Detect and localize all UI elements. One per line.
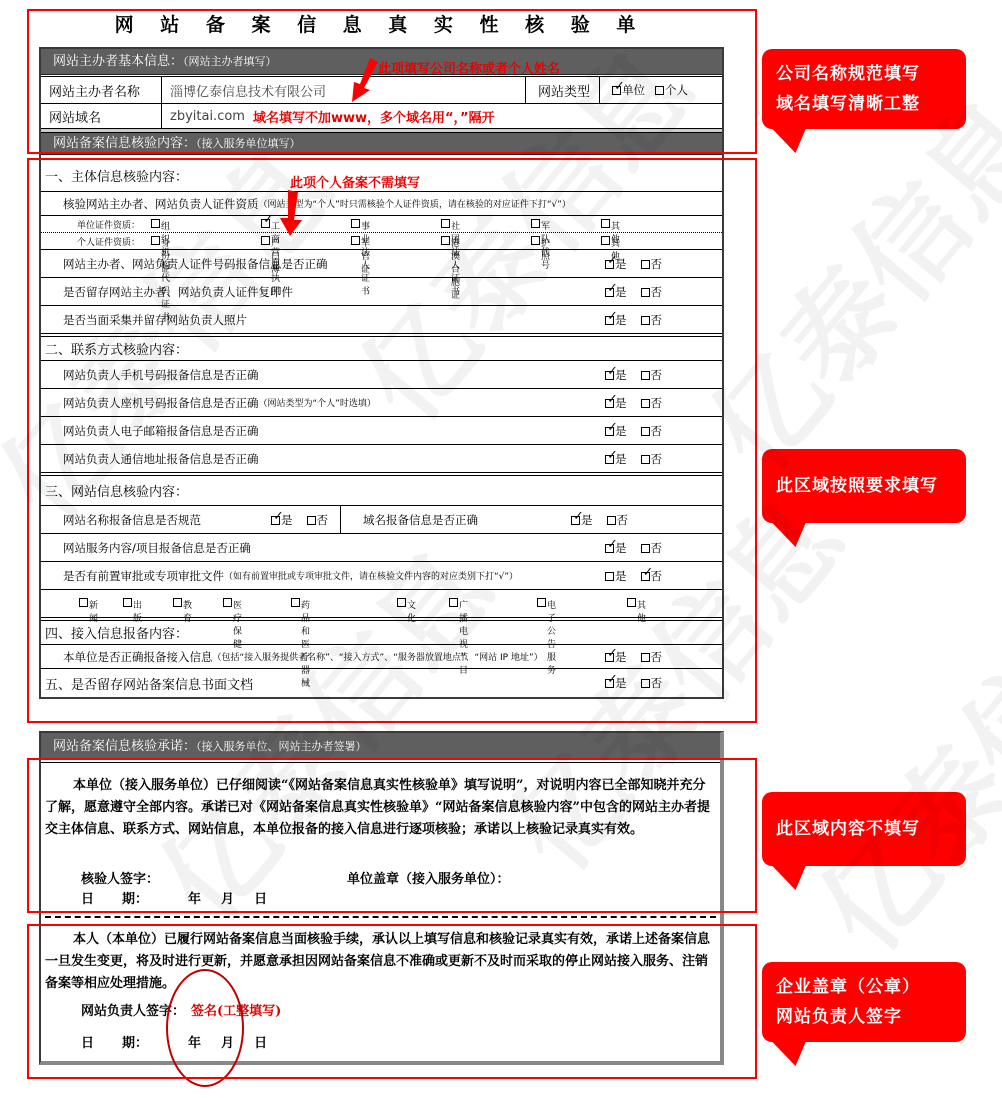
checklist-row: 网站服务内容/项目报备信息是否正确是否 — [41, 534, 722, 562]
verification-form: 网站主办者基本信息：（网站主办者填写） 网站主办者名称 淄博亿泰信息技术有限公司… — [39, 47, 724, 699]
checkbox-icon[interactable] — [605, 260, 614, 269]
site-type-label: 网站类型 — [526, 77, 600, 103]
domain-row: 网站域名 zbyitai.com 域名填写不加www，多个域名用“，”隔开 — [41, 104, 722, 129]
checkbox-option[interactable]: 出版 — [123, 598, 133, 609]
section-5-row: 五、是否留存网站备案信息书面文档 是 否 — [41, 669, 722, 697]
checkbox-icon[interactable] — [655, 86, 664, 95]
answer-group: 是否 — [605, 367, 662, 383]
checkbox-option[interactable]: 电子公告服务 — [537, 598, 547, 609]
checkbox-icon[interactable] — [223, 598, 232, 607]
checkbox-icon[interactable] — [605, 572, 614, 581]
answer-group: 是否 — [605, 540, 662, 556]
yes-option[interactable]: 是 — [605, 312, 627, 328]
section-3-title: 三、网站信息核验内容： — [41, 476, 722, 506]
checkbox-icon[interactable] — [351, 219, 360, 228]
checkbox-icon[interactable] — [307, 516, 316, 525]
commitment-header: 网站备案信息核验承诺：（接入服务单位、网站主办者签署） — [41, 733, 720, 760]
yes-option[interactable]: 是 — [605, 649, 627, 665]
callout-verify: 此区域按照要求填写 — [762, 449, 966, 523]
checklist-row: 网站负责人通信地址报备信息是否正确是否 — [41, 445, 722, 473]
checkbox-option[interactable]: 医疗保健 — [223, 598, 233, 609]
site-name-answer: 是 否 — [271, 512, 328, 528]
checkbox-icon[interactable] — [605, 653, 614, 662]
answer-group: 是否 — [605, 568, 662, 584]
yes-option[interactable]: 是 — [605, 451, 627, 467]
yes-option[interactable]: 是 — [605, 675, 627, 691]
checklist-row: 本单位是否正确报备接入信息（包括“接入服务提供者名称”、“接入方式”、“服务器放… — [41, 645, 722, 669]
site-name-domain-row: 网站名称报备信息是否规范 是 否 域名报备信息是否正确 是 否 — [41, 506, 722, 534]
checkbox-icon[interactable] — [627, 598, 636, 607]
checkbox-icon[interactable] — [441, 236, 450, 245]
yes-option[interactable]: 是 — [605, 423, 627, 439]
commitment-section: 网站备案信息核验承诺：（接入服务单位、网站主办者签署） 本单位（接入服务单位）已… — [39, 731, 724, 1065]
checkbox-icon[interactable] — [537, 598, 546, 607]
yes-option[interactable]: 是 — [605, 284, 627, 300]
domain-label: 网站域名 — [41, 104, 162, 128]
verifier-sign-label: 核验人签字： — [81, 869, 159, 891]
answer-group: 是否 — [605, 649, 662, 665]
checkbox-option[interactable]: 其他 — [601, 236, 611, 247]
checkbox-icon[interactable] — [641, 653, 650, 662]
section-4-title: 四、接入信息报备内容： — [41, 621, 722, 645]
unit-cert-row: 单位证件资质： 组织机构代码证书工商营业执照事业法人证书社团法人证书军队代号其他 — [41, 216, 722, 233]
checkbox-option[interactable]: 事业法人证书 — [351, 219, 361, 230]
checkbox-icon[interactable] — [641, 544, 650, 553]
yes-option[interactable]: 是 — [605, 568, 627, 584]
signature-circle-marker — [166, 969, 244, 1087]
checkbox-icon[interactable] — [641, 288, 650, 297]
no-option[interactable]: 否 — [307, 512, 329, 528]
checkbox-icon[interactable] — [605, 427, 614, 436]
yes-option[interactable]: 是 — [605, 395, 627, 411]
checkbox-option[interactable]: 户口簿 — [261, 236, 271, 247]
no-option[interactable]: 否 — [641, 568, 663, 584]
yes-option[interactable]: 是 — [605, 256, 627, 272]
checkbox-icon[interactable] — [449, 598, 458, 607]
no-option[interactable]: 否 — [641, 312, 663, 328]
checkbox-icon[interactable] — [151, 219, 160, 228]
checkbox-option[interactable]: 文化 — [397, 598, 407, 609]
cut-line-divider — [45, 916, 716, 918]
site-type-options: 单位 个人 — [600, 77, 688, 103]
answer-group: 是否 — [605, 395, 662, 411]
checkbox-icon[interactable] — [123, 598, 132, 607]
checkbox-option[interactable]: 身份证 — [151, 236, 161, 247]
approval-categories-row: 新闻出版教育医疗保健药品和医疗器械文化广播电视节目电子公告服务其他 — [41, 590, 722, 618]
checkbox-icon[interactable] — [531, 236, 540, 245]
checkbox-icon[interactable] — [641, 427, 650, 436]
domain-answer: 是 否 — [571, 512, 628, 528]
checklist-row: 是否有前置审批或专项审批文件（如有前置审批或专项审批文件，请在核验文件内容的对应… — [41, 562, 722, 590]
type-option-unit[interactable]: 单位 — [612, 82, 645, 98]
checkbox-checked-icon[interactable] — [612, 86, 621, 95]
checkbox-icon[interactable] — [79, 598, 88, 607]
checkbox-icon[interactable] — [291, 598, 300, 607]
checkbox-checked-icon[interactable] — [571, 516, 580, 525]
owner-row: 网站主办者名称 淄博亿泰信息技术有限公司 网站类型 单位 个人 — [41, 77, 722, 104]
domain-hint: 域名填写不加www，多个域名用“，”隔开 — [253, 107, 495, 126]
yes-option[interactable]: 是 — [605, 367, 627, 383]
no-option[interactable]: 否 — [641, 284, 663, 300]
checkbox-option[interactable]: 新闻 — [79, 598, 89, 609]
checkbox-icon[interactable] — [605, 544, 614, 553]
checkbox-icon[interactable] — [151, 236, 160, 245]
no-option[interactable]: 否 — [641, 395, 663, 411]
watermark: 亿泰信息 — [778, 540, 1002, 979]
yes-option[interactable]: 是 — [605, 540, 627, 556]
checkbox-option[interactable]: 药品和医疗器械 — [291, 598, 301, 609]
personal-skip-hint: 此项个人备案不需填写 — [290, 172, 420, 191]
section-2-title: 二、联系方式核验内容： — [41, 337, 722, 361]
checkbox-icon[interactable] — [173, 598, 182, 607]
checkbox-icon[interactable] — [641, 572, 650, 581]
owner-field[interactable]: 淄博亿泰信息技术有限公司 — [162, 77, 526, 103]
checkbox-icon[interactable] — [641, 679, 650, 688]
no-option[interactable]: 否 — [607, 512, 629, 528]
checkbox-option[interactable]: 军官证 — [351, 236, 361, 247]
checkbox-option[interactable]: 军队代号 — [531, 219, 541, 230]
answer-group: 是否 — [605, 256, 662, 272]
checkbox-icon[interactable] — [641, 399, 650, 408]
checkbox-icon[interactable] — [261, 236, 270, 245]
callout-basic: 公司名称规范填写域名填写清晰工整 — [762, 49, 966, 129]
no-option[interactable]: 否 — [641, 675, 663, 691]
checkbox-icon[interactable] — [261, 219, 270, 228]
no-option[interactable]: 否 — [641, 540, 663, 556]
commitment-paragraph-2: 本人（本单位）已履行网站备案信息当面核验手续，承认以上填写信息和核验记录真实有效… — [45, 929, 718, 995]
callout-signature: 企业盖章（公章）网站负责人签字 — [762, 962, 966, 1042]
type-option-personal[interactable]: 个人 — [655, 82, 688, 98]
no-option[interactable]: 否 — [641, 367, 663, 383]
checklist-row: 网站负责人手机号码报备信息是否正确是否 — [41, 361, 722, 389]
no-option[interactable]: 否 — [641, 423, 663, 439]
section-5-answer: 是 否 — [605, 675, 662, 691]
checkbox-icon[interactable] — [605, 288, 614, 297]
document-title: 网 站 备 案 信 息 真 实 性 核 验 单 — [40, 10, 720, 37]
owner-label: 网站主办者名称 — [41, 77, 162, 103]
checkbox-option[interactable]: 其他 — [627, 598, 637, 609]
checkbox-icon[interactable] — [441, 219, 450, 228]
checkbox-icon[interactable] — [641, 455, 650, 464]
checkbox-option[interactable]: 港澳台胞证 — [441, 236, 451, 247]
checkbox-icon[interactable] — [601, 219, 610, 228]
no-option[interactable]: 否 — [641, 256, 663, 272]
answer-group: 是否 — [605, 284, 662, 300]
checkbox-icon[interactable] — [605, 455, 614, 464]
no-option[interactable]: 否 — [641, 649, 663, 665]
checkbox-option[interactable]: 社团法人证书 — [441, 219, 451, 230]
checkbox-icon[interactable] — [605, 399, 614, 408]
personal-cert-row: 个人证件资质： 身份证户口簿军官证港澳台胞证护照其他 — [41, 233, 722, 250]
no-option[interactable]: 否 — [641, 451, 663, 467]
domain-item: 域名报备信息是否正确 是 否 — [341, 506, 722, 533]
checklist-row: 网站主办者、网站负责人证件号码报备信息是否正确是否 — [41, 250, 722, 278]
checkbox-icon[interactable] — [601, 236, 610, 245]
commitment-paragraph-1: 本单位（接入服务单位）已仔细阅读“《网站备案信息真实性核验单》填写说明”，对说明… — [41, 763, 720, 841]
site-name-item: 网站名称报备信息是否规范 是 否 — [41, 506, 341, 533]
yes-option[interactable]: 是 — [571, 512, 593, 528]
arrow-down-icon — [278, 190, 304, 238]
verifier-date: 日期：年月日 — [81, 889, 341, 911]
checkbox-option[interactable]: 护照 — [531, 236, 541, 247]
checkbox-option[interactable]: 教育 — [173, 598, 183, 609]
checklist-row: 是否当面采集并留存网站负责人照片是否 — [41, 306, 722, 334]
checkbox-option[interactable]: 其他 — [601, 219, 611, 230]
checkbox-option[interactable]: 工商营业执照 — [261, 219, 271, 230]
owner-hint: 此项填写公司名称或者个人姓名 — [378, 58, 560, 77]
checkbox-icon[interactable] — [605, 316, 614, 325]
domain-field[interactable]: zbyitai.com 域名填写不加www，多个域名用“，”隔开 — [162, 104, 495, 128]
callout-commitment: 此区域内容不填写 — [762, 792, 966, 866]
unit-seal-label: 单位盖章（接入服务单位）： — [347, 869, 510, 891]
checkbox-icon[interactable] — [641, 371, 650, 380]
checkbox-icon[interactable] — [531, 219, 540, 228]
checkbox-icon[interactable] — [607, 516, 616, 525]
answer-group: 是否 — [605, 312, 662, 328]
verify-header: 网站备案信息核验内容：（接入服务单位填写） — [41, 133, 722, 155]
checkbox-option[interactable]: 组织机构代码证书 — [151, 219, 161, 230]
cert-qualification-row: 核验网站主办者、网站负责人证件资质（网站类型为“个人”时只需核验个人证件资质，请… — [41, 192, 722, 216]
yes-option[interactable]: 是 — [271, 512, 293, 528]
checkbox-icon[interactable] — [605, 371, 614, 380]
checkbox-icon[interactable] — [397, 598, 406, 607]
checkbox-icon[interactable] — [641, 316, 650, 325]
checkbox-option[interactable]: 广播电视节目 — [449, 598, 459, 609]
checkbox-checked-icon[interactable] — [271, 516, 280, 525]
checklist-row: 网站负责人电子邮箱报备信息是否正确是否 — [41, 417, 722, 445]
checkbox-icon[interactable] — [351, 236, 360, 245]
checkbox-checked-icon[interactable] — [605, 679, 614, 688]
checkbox-icon[interactable] — [641, 260, 650, 269]
checklist-row: 是否留存网站主办者、网站负责人证件复印件是否 — [41, 278, 722, 306]
arrow-down-icon — [348, 58, 380, 104]
answer-group: 是否 — [605, 423, 662, 439]
answer-group: 是否 — [605, 451, 662, 467]
checklist-row: 网站负责人座机号码报备信息是否正确（网站类型为“个人”时选填）是否 — [41, 389, 722, 417]
